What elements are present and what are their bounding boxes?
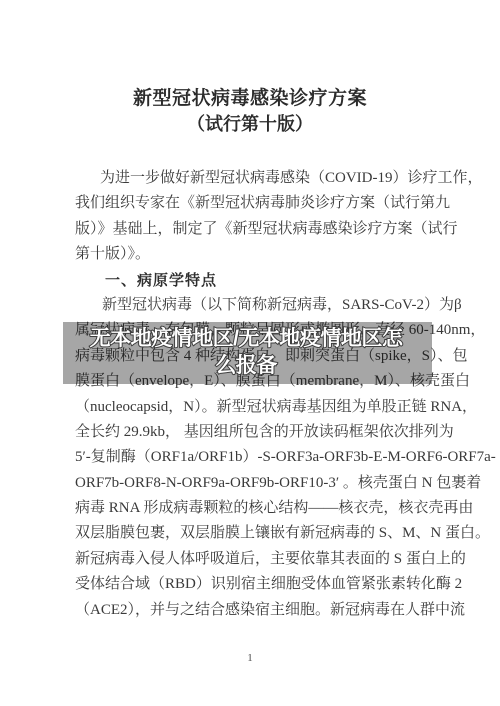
doc-title: 新型冠状病毒感染诊疗方案 <box>0 87 500 111</box>
page-number: 1 <box>0 651 500 665</box>
watermark-text-line-2: 么报备 <box>56 352 436 379</box>
text-line: 第十版）》。 <box>75 242 432 267</box>
document-body: 为进一步做好新型冠状病毒感染（COVID-19）诊疗工作， 我们组织专家在《新型… <box>75 166 432 623</box>
text-line: 我们组织专家在《新型冠状病毒肺炎诊疗方案（试行第九 <box>75 191 432 216</box>
text-line: 新冠病毒入侵人体呼吸道后，主要依靠其表面的 S 蛋白上的 <box>75 547 432 572</box>
text-line: （ACE2），并与之结合感染宿主细胞。新冠病毒在人群中流 <box>75 598 432 623</box>
text-line: 为进一步做好新型冠状病毒感染（COVID-19）诊疗工作， <box>75 166 432 191</box>
text-line: 受体结合域（RBD）识别宿主细胞受体血管紧张素转化酶 2 <box>75 572 432 597</box>
section-heading: 一、病原学特点 <box>75 268 432 293</box>
doc-subtitle: （试行第十版） <box>0 113 500 135</box>
text-line: 病毒 RNA 形成病毒颗粒的核心结构——核衣壳，核衣壳再由 <box>75 496 432 521</box>
text-line: 5′-复制酶（ORF1a/ORF1b）-S-ORF3a-ORF3b-E-M-OR… <box>75 445 432 470</box>
text-line: （nucleocapsid，N）。新型冠状病毒基因组为单股正链 RNA， <box>75 395 432 420</box>
document-page: 新型冠状病毒感染诊疗方案 （试行第十版） 为进一步做好新型冠状病毒感染（COVI… <box>0 0 500 706</box>
watermark-text-line-1: 无本地疫情地区/无本地疫情地区怎 <box>56 325 436 352</box>
text-line: 全长约 29.9kb， 基因组所包含的开放读码框架依次排列为 <box>75 420 432 445</box>
text-line: 新型冠状病毒（以下简称新冠病毒，SARS-CoV-2）为β <box>75 293 432 318</box>
text-line: ORF7b-ORF8-N-ORF9a-ORF9b-ORF10-3′ 。核壳蛋白 … <box>75 471 432 496</box>
watermark-text: 无本地疫情地区/无本地疫情地区怎 么报备 <box>56 325 436 379</box>
text-line: 版）》基础上，制定了《新型冠状病毒感染诊疗方案（试行 <box>75 217 432 242</box>
text-line: 双层脂膜包裹，双层脂膜上镶嵌有新冠病毒的 S、M、N 蛋白。 <box>75 521 432 546</box>
